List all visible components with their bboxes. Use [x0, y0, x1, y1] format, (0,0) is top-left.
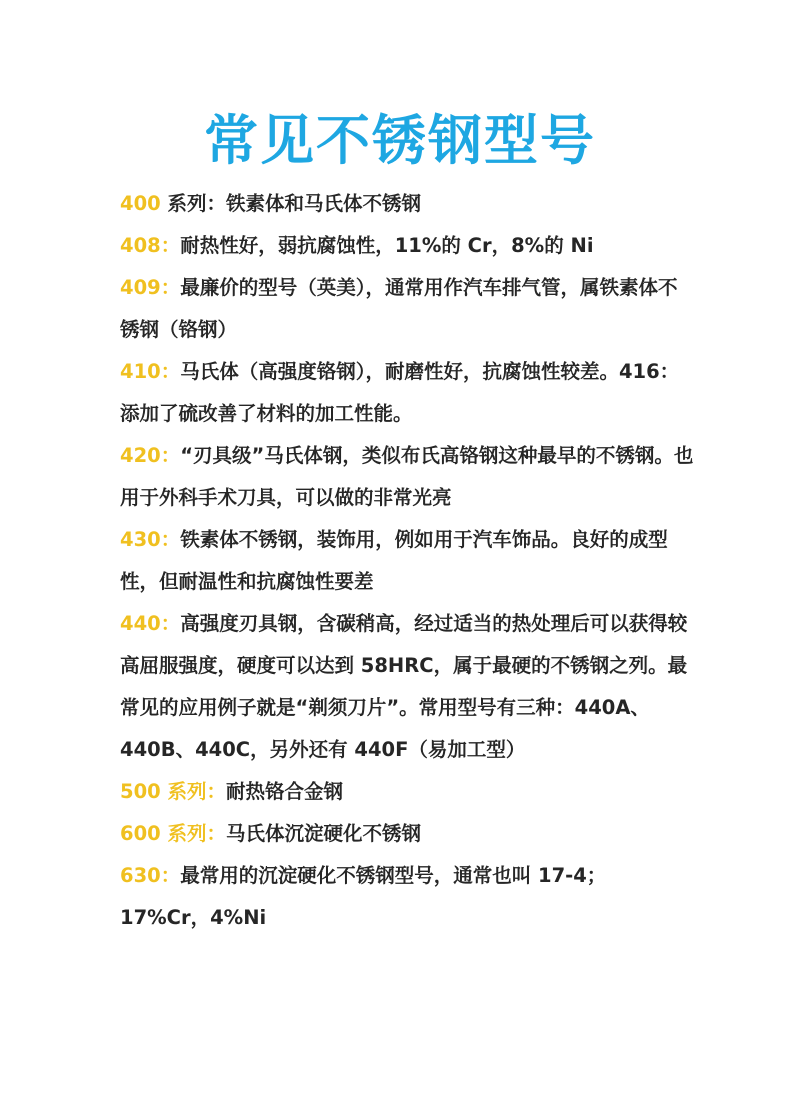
entry-400-series: 400 系列：铁素体和马氏体不锈钢	[120, 183, 695, 225]
entry-408: 408：耐热性好，弱抗腐蚀性，11%的 Cr，8%的 Ni	[120, 225, 695, 267]
grade-label: 420：	[120, 444, 180, 467]
entry-600-series: 600 系列：马氏体沉淀硬化不锈钢	[120, 813, 695, 855]
grade-label: 408：	[120, 234, 180, 257]
grade-description: 最廉价的型号（英美），通常用作汽车排气管，属铁素体不锈钢（铬钢）	[120, 276, 677, 341]
grade-description: 铁素体不锈钢，装饰用，例如用于汽车饰品。良好的成型性，但耐温性和抗腐蚀性要差	[120, 528, 668, 593]
entry-500-series: 500 系列：耐热铬合金钢	[120, 771, 695, 813]
grade-label: 409：	[120, 276, 180, 299]
entry-430: 430：铁素体不锈钢，装饰用，例如用于汽车饰品。良好的成型性，但耐温性和抗腐蚀性…	[120, 519, 695, 603]
grade-label: 500 系列：	[120, 780, 226, 803]
entry-440: 440：高强度刃具钢，含碳稍高，经过适当的热处理后可以获得较高屈服强度，硬度可以…	[120, 603, 695, 771]
grade-label: 440：	[120, 612, 180, 635]
entry-420: 420：“刃具级”马氏体钢，类似布氏高铬钢这种最早的不锈钢。也用于外科手术刀具，…	[120, 435, 695, 519]
grade-description: “刃具级”马氏体钢，类似布氏高铬钢这种最早的不锈钢。也用于外科手术刀具，可以做的…	[120, 444, 693, 509]
page-title: 常见不锈钢型号	[0, 108, 800, 174]
grade-description: 耐热性好，弱抗腐蚀性，11%的 Cr，8%的 Ni	[180, 234, 593, 257]
grade-label: 630：	[120, 864, 180, 887]
entry-409: 409：最廉价的型号（英美），通常用作汽车排气管，属铁素体不锈钢（铬钢）	[120, 267, 695, 351]
entry-410: 410：马氏体（高强度铬钢），耐磨性好，抗腐蚀性较差。416：添加了硫改善了材料…	[120, 351, 695, 435]
grade-description: 高强度刃具钢，含碳稍高，经过适当的热处理后可以获得较高屈服强度，硬度可以达到 5…	[120, 612, 687, 761]
grade-description: 最常用的沉淀硬化不锈钢型号，通常也叫 17-4；17%Cr，4%Ni	[120, 864, 606, 929]
grade-description: 耐热铬合金钢	[226, 780, 343, 803]
grade-label: 410：	[120, 360, 180, 383]
entry-630: 630：最常用的沉淀硬化不锈钢型号，通常也叫 17-4；17%Cr，4%Ni	[120, 855, 695, 939]
grade-description: 系列：铁素体和马氏体不锈钢	[161, 192, 421, 215]
steel-grade-list: 400 系列：铁素体和马氏体不锈钢 408：耐热性好，弱抗腐蚀性，11%的 Cr…	[120, 183, 695, 939]
grade-description: 马氏体（高强度铬钢），耐磨性好，抗腐蚀性较差。416：添加了硫改善了材料的加工性…	[120, 360, 679, 425]
grade-label: 430：	[120, 528, 180, 551]
grade-label: 400	[120, 192, 161, 215]
grade-description: 马氏体沉淀硬化不锈钢	[226, 822, 421, 845]
grade-label: 600 系列：	[120, 822, 226, 845]
